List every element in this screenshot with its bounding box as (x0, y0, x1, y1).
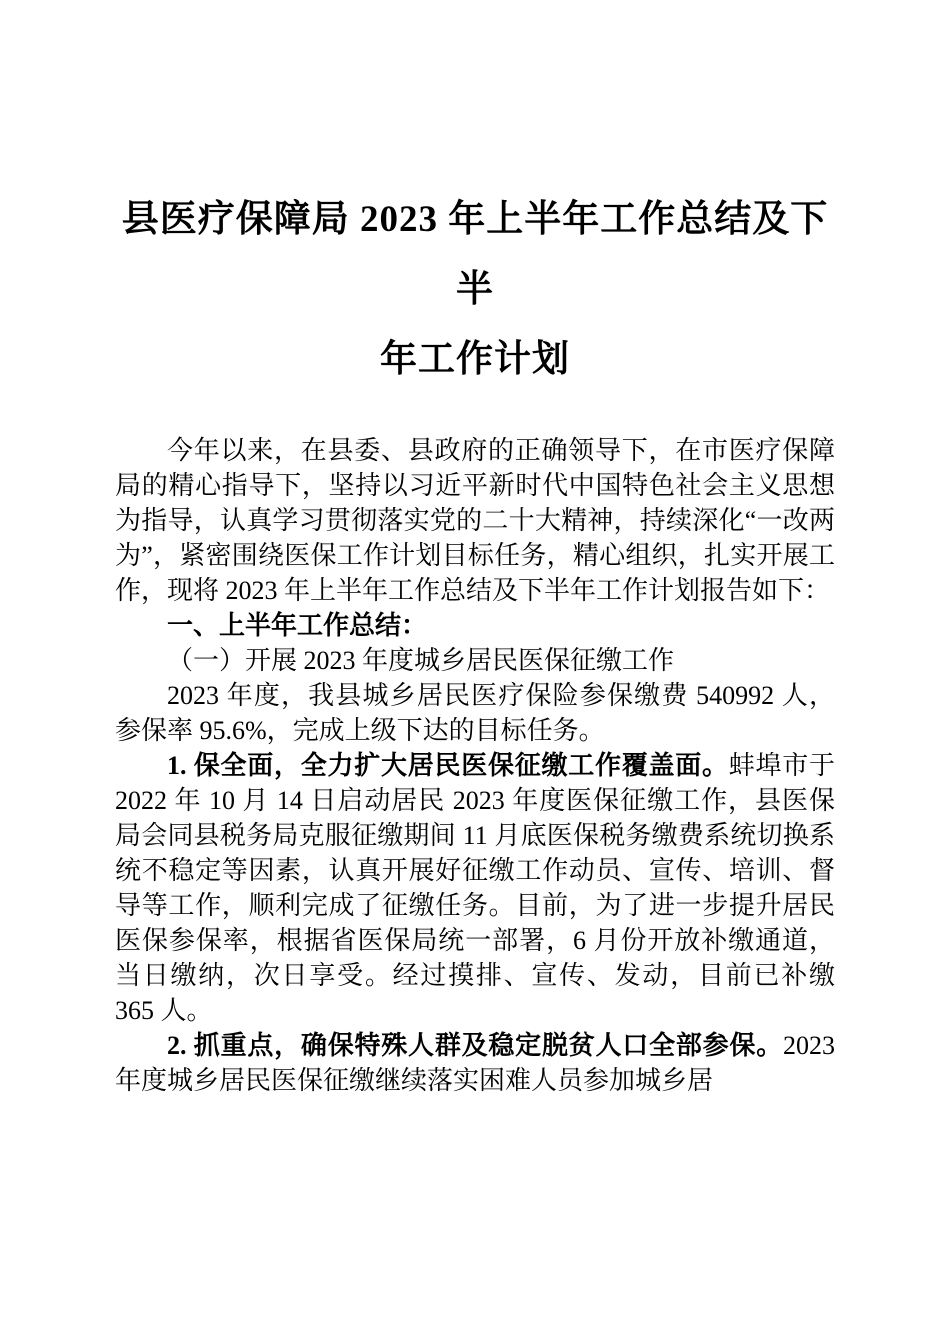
item-1-lead-bold: 1. 保全面，全力扩大居民医保征缴工作覆盖面。 (167, 751, 729, 780)
document-title: 县医疗保障局 2023 年上半年工作总结及下半 年工作计划 (115, 185, 835, 395)
title-line-1: 县医疗保障局 2023 年上半年工作总结及下半 (115, 185, 835, 325)
document-body: 今年以来，在县委、县政府的正确领导下，在市医疗保障局的精心指导下，坚持以习近平新… (115, 433, 835, 1098)
subsection-1-heading: （一）开展 2023 年度城乡居民医保征缴工作 (115, 643, 835, 678)
item-1-paragraph: 1. 保全面，全力扩大居民医保征缴工作覆盖面。蚌埠市于 2022 年 10 月 … (115, 748, 835, 1028)
intro-paragraph: 今年以来，在县委、县政府的正确领导下，在市医疗保障局的精心指导下，坚持以习近平新… (115, 433, 835, 608)
title-line-2: 年工作计划 (115, 325, 835, 395)
document-page: 县医疗保障局 2023 年上半年工作总结及下半 年工作计划 今年以来，在县委、县… (0, 0, 950, 1344)
enrollment-stats-paragraph: 2023 年度，我县城乡居民医疗保险参保缴费 540992 人，参保率 95.6… (115, 678, 835, 748)
item-2-paragraph: 2. 抓重点，确保特殊人群及稳定脱贫人口全部参保。2023 年度城乡居民医保征缴… (115, 1028, 835, 1098)
section-1-heading: 一、上半年工作总结： (115, 608, 835, 643)
item-1-rest-text: 蚌埠市于 2022 年 10 月 14 日启动居民 2023 年度医保征缴工作，… (115, 751, 835, 1025)
item-2-lead-bold: 2. 抓重点，确保特殊人群及稳定脱贫人口全部参保。 (167, 1031, 783, 1060)
